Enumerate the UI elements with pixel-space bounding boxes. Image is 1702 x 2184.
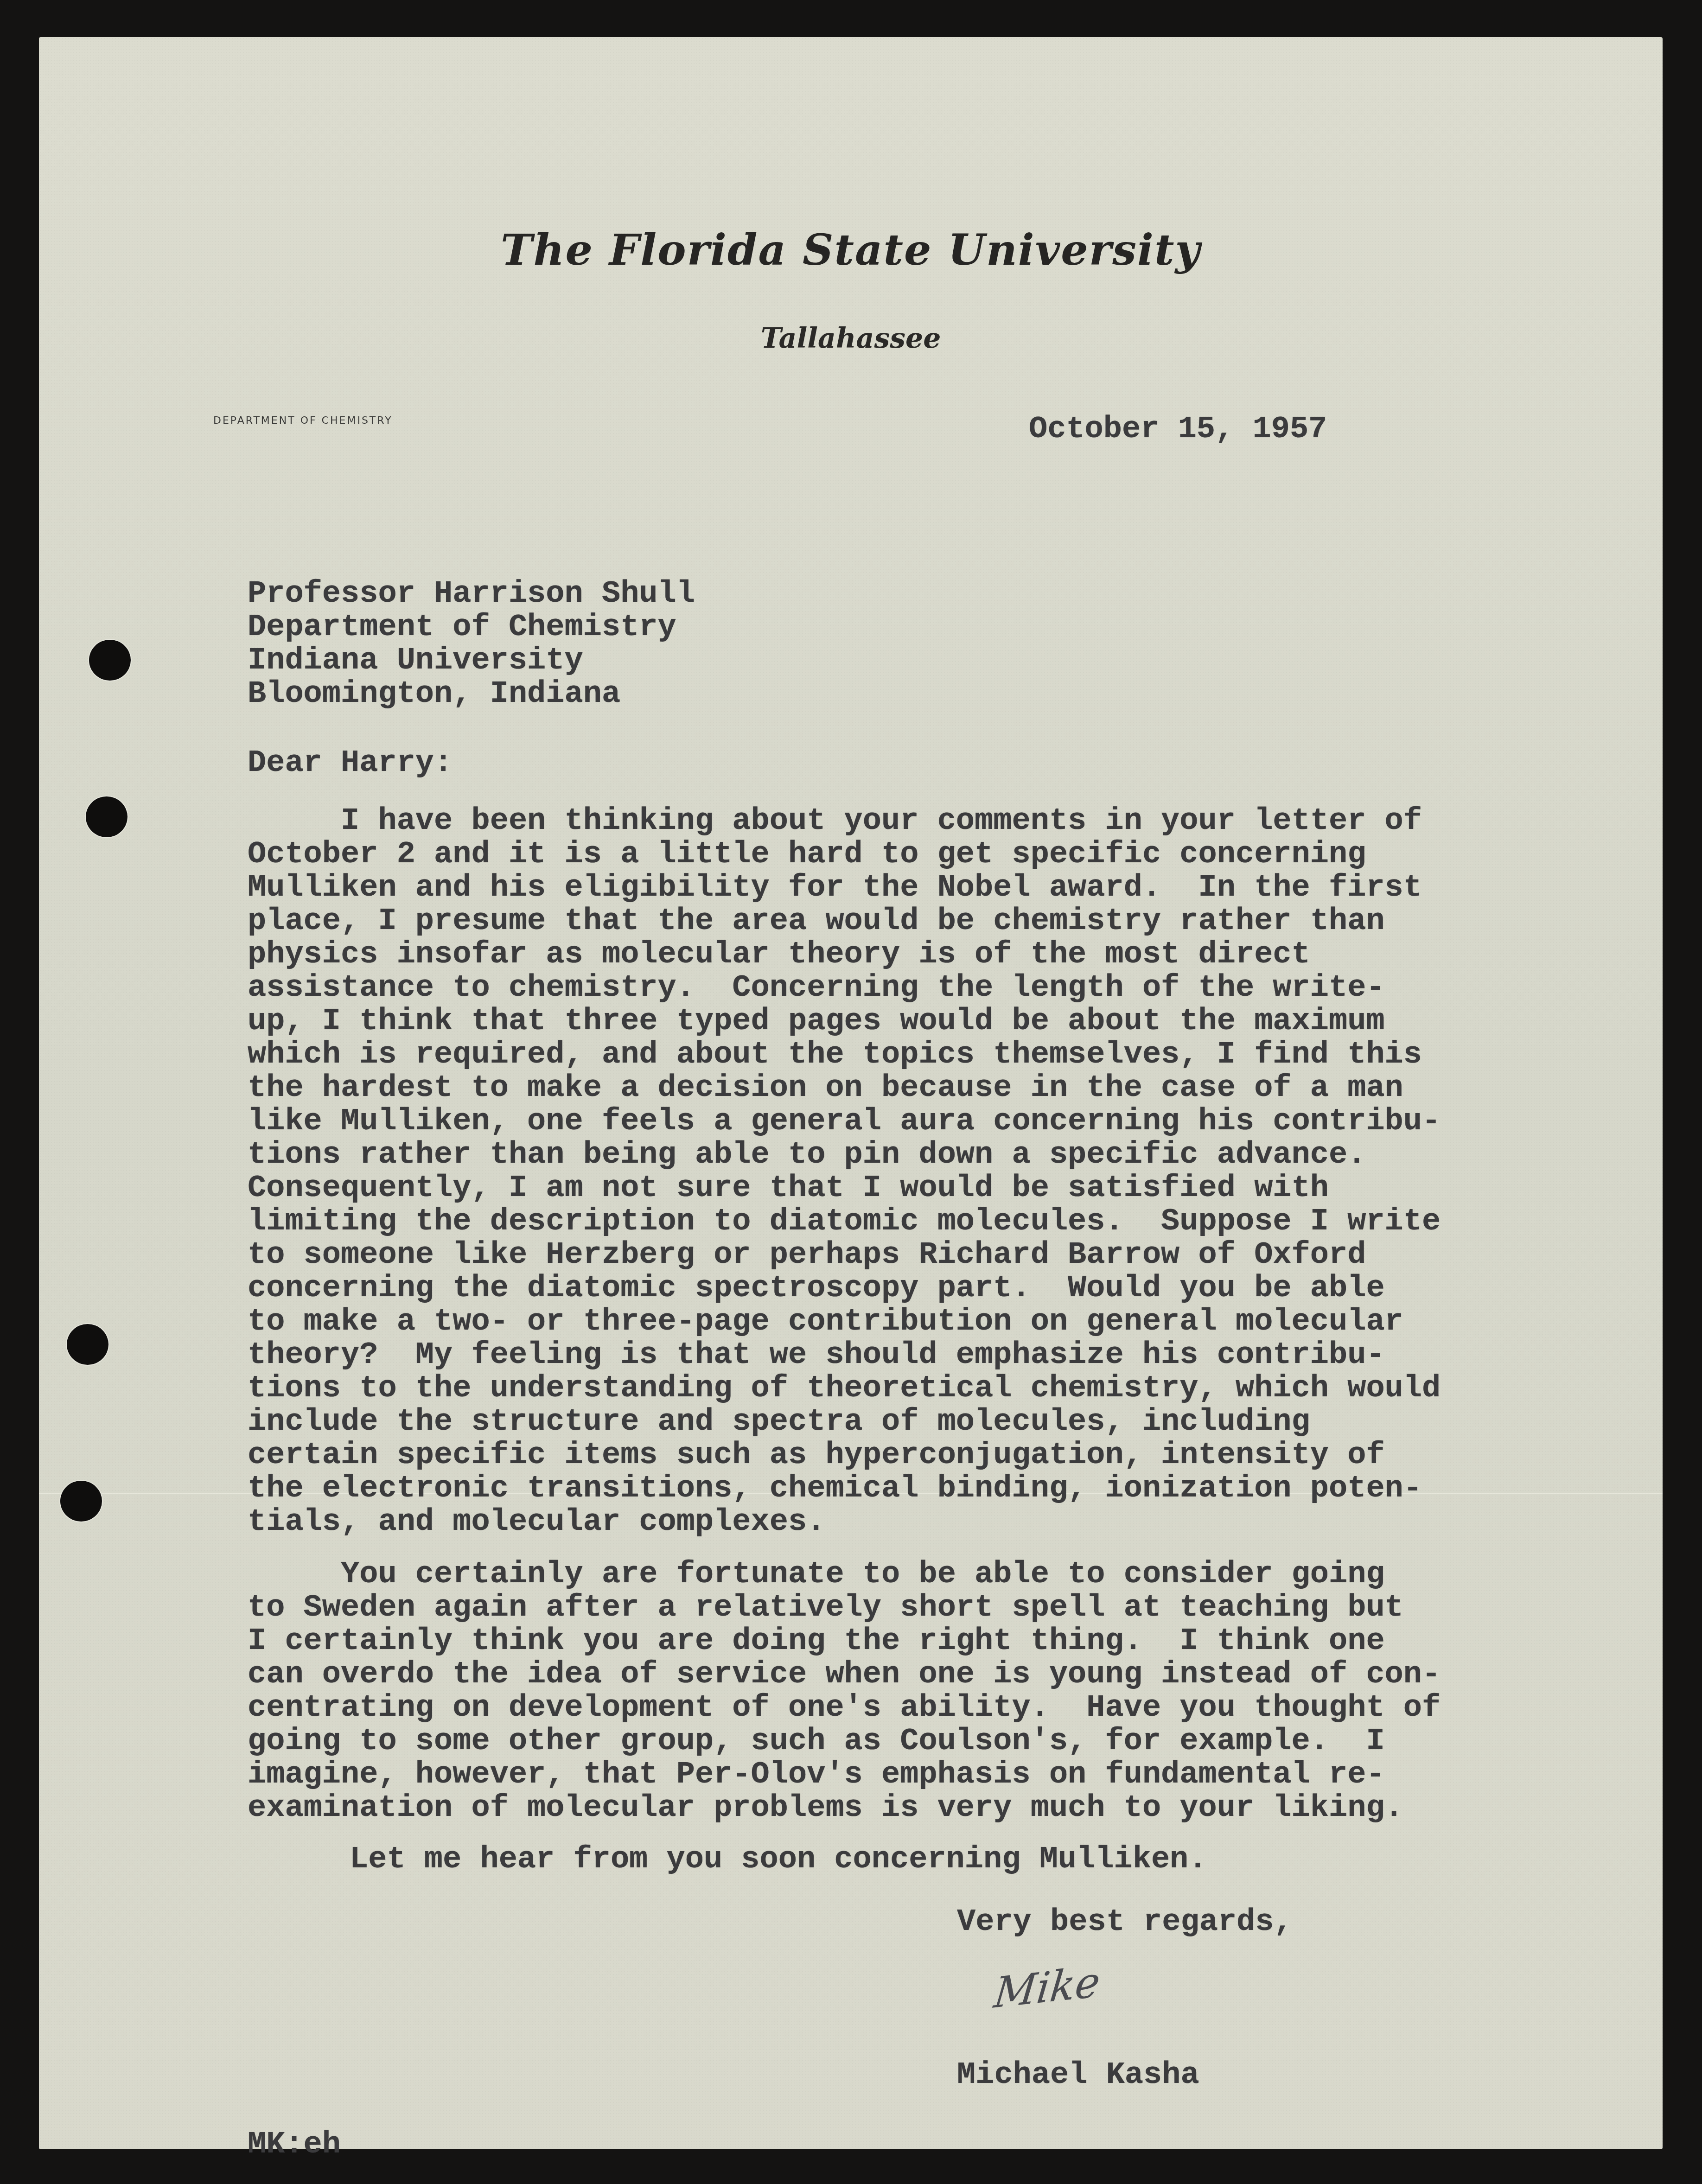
address-line: Department of Chemistry [248,610,676,645]
signer-name: Michael Kasha [957,2058,1199,2092]
text-line: Consequently, I am not sure that I would… [248,1171,1329,1206]
text-line: assistance to chemistry. Concerning the … [248,970,1385,1006]
text-line: to someone like Herzberg or perhaps Rich… [248,1237,1366,1273]
text-line: theory? My feeling is that we should emp… [248,1337,1385,1373]
punch-hole-icon [67,1324,108,1365]
text-line: going to some other group, such as Couls… [248,1724,1385,1759]
text-line: to make a two- or three-page contributio… [248,1304,1403,1339]
text-line: up, I think that three typed pages would… [248,1004,1385,1039]
text-line: to Sweden again after a relatively short… [248,1590,1403,1625]
text-line: certain specific items such as hyperconj… [248,1438,1385,1473]
text-line: tials, and molecular complexes. [248,1504,825,1540]
text-line: the hardest to make a decision on becaus… [248,1070,1403,1106]
letter-page: The Florida State University Tallahassee… [39,37,1663,2149]
letterhead-department: DEPARTMENT OF CHEMISTRY [213,415,393,427]
text-line: which is required, and about the topics … [248,1037,1422,1072]
text-line: October 2 and it is a little hard to get… [248,837,1366,872]
body-paragraph-3: Let me hear from you soon concerning Mul… [350,1843,1207,1876]
text-line: I have been thinking about your comments… [248,803,1422,839]
address-line: Professor Harrison Shull [248,576,695,611]
text-line: like Mulliken, one feels a general aura … [248,1104,1441,1139]
letter-date: October 15, 1957 [1029,413,1327,446]
address-line: Bloomington, Indiana [248,676,620,712]
text-line: centrating on development of one's abili… [248,1690,1441,1726]
text-line: imagine, however, that Per-Olov's emphas… [248,1757,1385,1792]
text-line: place, I presume that the area would be … [248,904,1385,939]
handwritten-signature: Mike [992,1957,1103,2018]
text-line: You certainly are fortunate to be able t… [248,1557,1385,1592]
reference-initials: MK:eh [248,2128,341,2161]
text-line: the electronic transitions, chemical bin… [248,1471,1422,1506]
recipient-address: Professor Harrison Shull Department of C… [248,577,695,711]
text-line: Mulliken and his eligibility for the Nob… [248,870,1422,905]
text-line: tions to the understanding of theoretica… [248,1371,1441,1406]
body-paragraph-2: You certainly are fortunate to be able t… [248,1558,1441,1825]
text-line: I certainly think you are doing the righ… [248,1624,1385,1659]
text-line: examination of molecular problems is ver… [248,1790,1403,1826]
letterhead-city: Tallahassee [39,322,1663,355]
text-line: include the structure and spectra of mol… [248,1404,1310,1439]
text-line: can overdo the idea of service when one … [248,1657,1441,1692]
body-paragraph-1: I have been thinking about your comments… [248,804,1441,1539]
address-line: Indiana University [248,643,583,678]
text-line: physics insofar as molecular theory is o… [248,937,1310,972]
complimentary-closing: Very best regards, [957,1905,1293,1939]
text-line: limiting the description to diatomic mol… [248,1204,1441,1239]
text-line: tions rather than being able to pin down… [248,1137,1366,1172]
text-line: concerning the diatomic spectroscopy par… [248,1271,1385,1306]
salutation: Dear Harry: [248,746,453,780]
letterhead-institution: The Florida State University [39,225,1663,275]
punch-hole-icon [86,796,127,837]
punch-hole-icon [60,1481,102,1522]
punch-hole-icon [89,640,131,681]
